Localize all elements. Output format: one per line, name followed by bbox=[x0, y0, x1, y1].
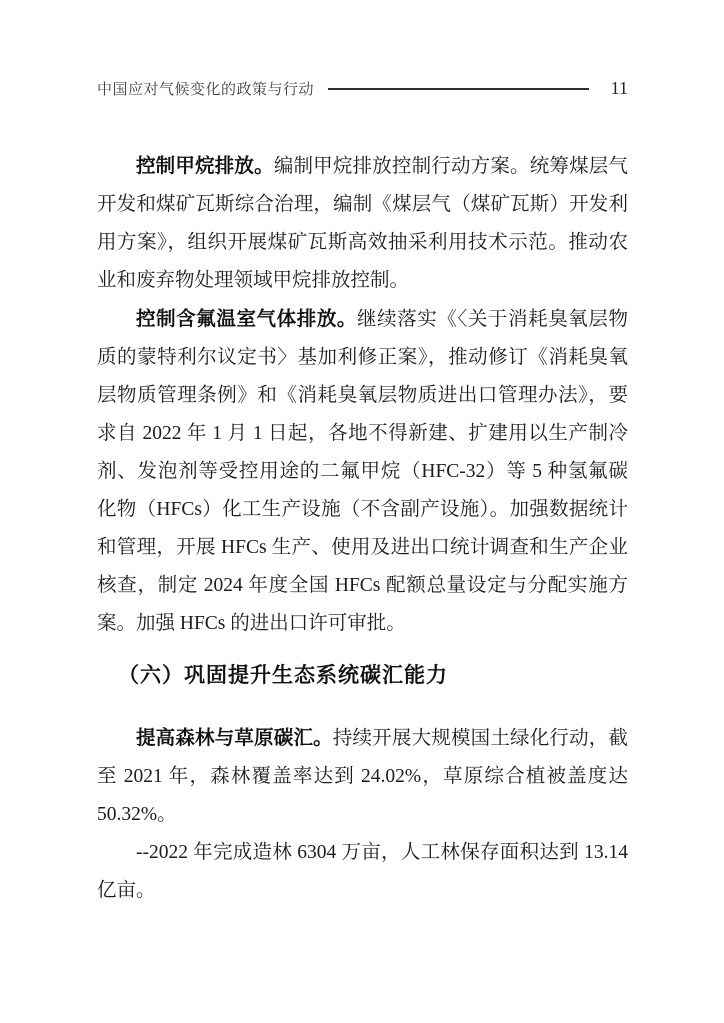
page-number: 11 bbox=[611, 78, 628, 99]
paragraph-text-afforestation: --2022 年完成造林 6304 万亩，人工林保存面积达到 13.14 亿亩。 bbox=[97, 842, 628, 901]
document-page: 中国应对气候变化的政策与行动 11 控制甲烷排放。编制甲烷排放控制行动方案。统筹… bbox=[0, 0, 724, 1023]
section-heading-ecosystem-carbon-sink: （六）巩固提升生态系统碳汇能力 bbox=[97, 661, 628, 691]
document-body: 控制甲烷排放。编制甲烷排放控制行动方案。统筹煤层气开发和煤矿瓦斯综合治理，编制《… bbox=[97, 147, 628, 910]
paragraph-forest-grassland-carbon-sink: 提高森林与草原碳汇。持续开展大规模国土绿化行动，截至 2021 年，森林覆盖率达… bbox=[97, 719, 628, 834]
paragraph-afforestation-stats: --2022 年完成造林 6304 万亩，人工林保存面积达到 13.14 亿亩。 bbox=[97, 834, 628, 910]
running-header-title: 中国应对气候变化的政策与行动 bbox=[97, 78, 314, 99]
paragraph-text-fluorinated: 继续落实《〈关于消耗臭氧层物质的蒙特利尔议定书〉基加利修正案》，推动修订《消耗臭… bbox=[97, 309, 628, 634]
header-rule bbox=[328, 88, 589, 90]
paragraph-lead-forest: 提高森林与草原碳汇。 bbox=[136, 727, 333, 749]
paragraph-lead-methane: 控制甲烷排放。 bbox=[136, 155, 274, 177]
paragraph-methane-control: 控制甲烷排放。编制甲烷排放控制行动方案。统筹煤层气开发和煤矿瓦斯综合治理，编制《… bbox=[97, 147, 628, 300]
paragraph-fluorinated-gas-control: 控制含氟温室气体排放。继续落实《〈关于消耗臭氧层物质的蒙特利尔议定书〉基加利修正… bbox=[97, 300, 628, 643]
paragraph-lead-fluorinated: 控制含氟温室气体排放。 bbox=[136, 308, 357, 330]
running-header: 中国应对气候变化的政策与行动 11 bbox=[97, 78, 628, 99]
